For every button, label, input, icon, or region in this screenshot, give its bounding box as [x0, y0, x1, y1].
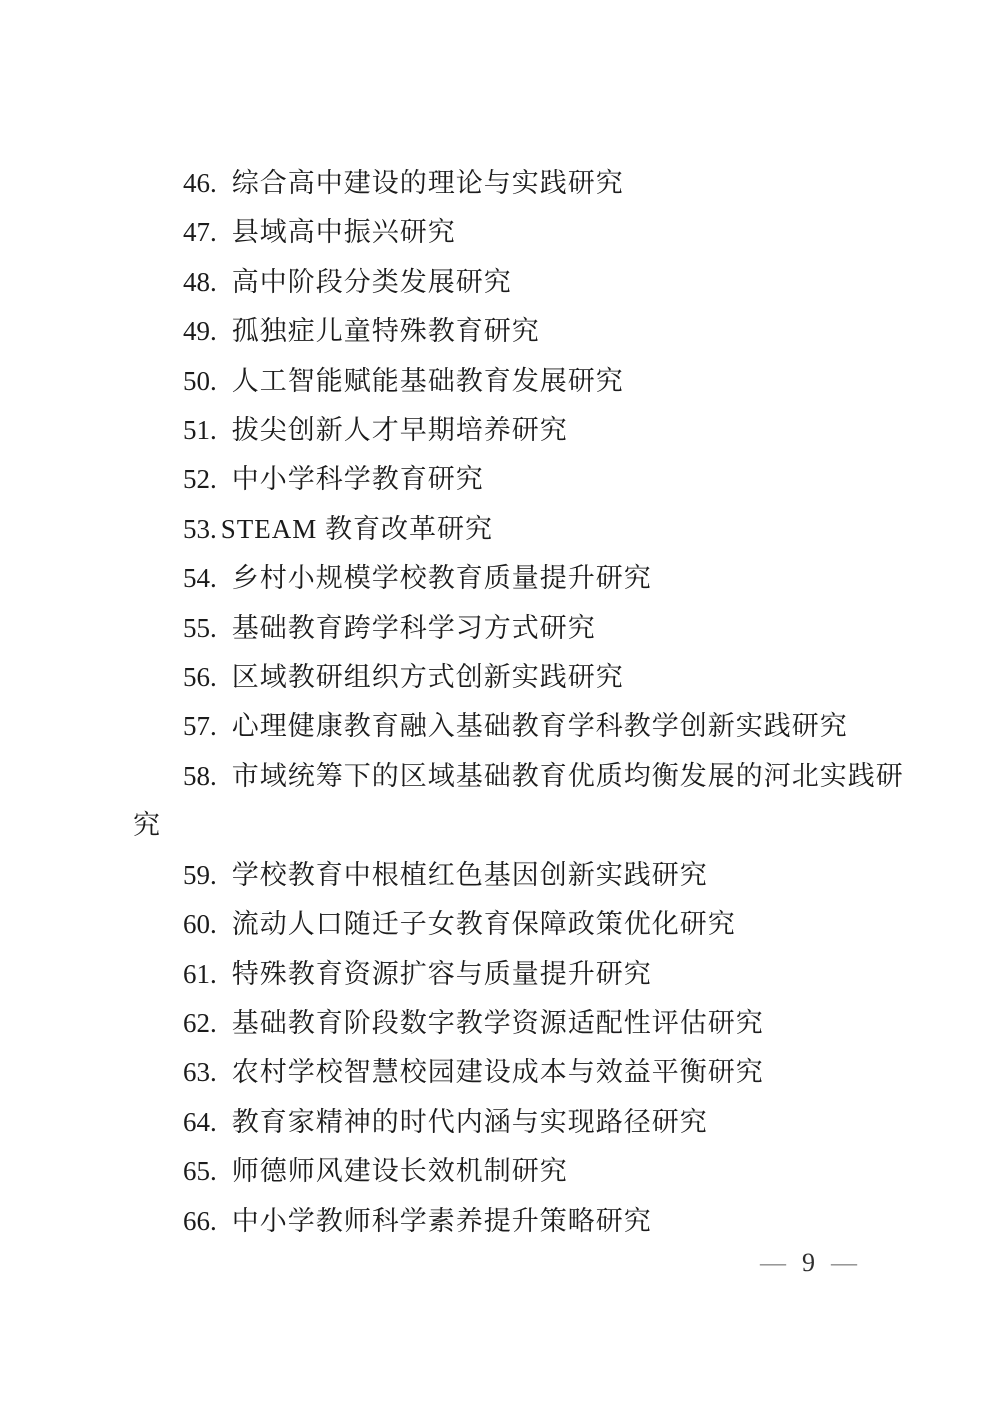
- list-item-continuation: 究: [133, 801, 923, 850]
- list-item: 52.中小学科学教育研究: [133, 455, 923, 504]
- list-item: 46.综合高中建设的理论与实践研究: [133, 159, 923, 208]
- item-text: 教育家精神的时代内涵与实现路径研究: [232, 1107, 708, 1137]
- item-number: 63.: [183, 1057, 217, 1087]
- item-number: 50.: [183, 366, 217, 396]
- item-text: 乡村小规模学校教育质量提升研究: [232, 563, 652, 593]
- item-number: 47.: [183, 217, 217, 247]
- list-item: 66.中小学教师科学素养提升策略研究: [133, 1197, 923, 1246]
- item-text: 县域高中振兴研究: [232, 217, 456, 247]
- list-item: 54.乡村小规模学校教育质量提升研究: [133, 554, 923, 603]
- item-text: 高中阶段分类发展研究: [232, 267, 512, 297]
- item-text: 师德师风建设长效机制研究: [232, 1156, 568, 1186]
- page-number-dash-right: —: [831, 1250, 857, 1276]
- item-text: STEAM 教育改革研究: [221, 514, 493, 544]
- item-text: 流动人口随迁子女教育保障政策优化研究: [232, 909, 736, 939]
- list-item: 53.STEAM 教育改革研究: [133, 505, 923, 554]
- item-text: 人工智能赋能基础教育发展研究: [232, 366, 624, 396]
- item-text: 心理健康教育融入基础教育学科教学创新实践研究: [232, 711, 848, 741]
- item-number: 54.: [183, 563, 217, 593]
- list-item: 64.教育家精神的时代内涵与实现路径研究: [133, 1098, 923, 1147]
- document-page: 46.综合高中建设的理论与实践研究47.县域高中振兴研究48.高中阶段分类发展研…: [0, 0, 1000, 1414]
- item-number: 60.: [183, 909, 217, 939]
- item-number: 46.: [183, 168, 217, 198]
- item-text: 基础教育阶段数字教学资源适配性评估研究: [232, 1008, 764, 1038]
- item-number: 55.: [183, 613, 217, 643]
- item-number: 48.: [183, 267, 217, 297]
- item-number: 57.: [183, 711, 217, 741]
- list-item: 50.人工智能赋能基础教育发展研究: [133, 357, 923, 406]
- list-item: 60.流动人口随迁子女教育保障政策优化研究: [133, 900, 923, 949]
- research-topic-list: 46.综合高中建设的理论与实践研究47.县域高中振兴研究48.高中阶段分类发展研…: [133, 159, 923, 1246]
- item-number: 59.: [183, 860, 217, 890]
- item-number: 62.: [183, 1008, 217, 1038]
- list-item: 49.孤独症儿童特殊教育研究: [133, 307, 923, 356]
- list-item: 65.师德师风建设长效机制研究: [133, 1147, 923, 1196]
- item-number: 49.: [183, 316, 217, 346]
- list-item: 55.基础教育跨学科学习方式研究: [133, 604, 923, 653]
- item-text: 拔尖创新人才早期培养研究: [232, 415, 568, 445]
- item-text: 市域统筹下的区域基础教育优质均衡发展的河北实践研: [232, 761, 904, 791]
- item-text: 区域教研组织方式创新实践研究: [232, 662, 624, 692]
- page-number: — 9 —: [760, 1247, 857, 1279]
- item-number: 65.: [183, 1156, 217, 1186]
- list-item: 58.市域统筹下的区域基础教育优质均衡发展的河北实践研: [133, 752, 923, 801]
- item-number: 66.: [183, 1206, 217, 1236]
- list-item: 47.县域高中振兴研究: [133, 208, 923, 257]
- item-number: 56.: [183, 662, 217, 692]
- item-number: 51.: [183, 415, 217, 445]
- list-item: 63.农村学校智慧校园建设成本与效益平衡研究: [133, 1048, 923, 1097]
- item-number: 58.: [183, 761, 217, 791]
- page-number-value: 9: [802, 1250, 815, 1276]
- item-text: 中小学教师科学素养提升策略研究: [232, 1206, 652, 1236]
- item-number: 64.: [183, 1107, 217, 1137]
- list-item: 48.高中阶段分类发展研究: [133, 258, 923, 307]
- item-text: 综合高中建设的理论与实践研究: [232, 168, 624, 198]
- item-text: 基础教育跨学科学习方式研究: [232, 613, 596, 643]
- item-text: 学校教育中根植红色基因创新实践研究: [232, 860, 708, 890]
- list-item: 51.拔尖创新人才早期培养研究: [133, 406, 923, 455]
- list-item: 57.心理健康教育融入基础教育学科教学创新实践研究: [133, 702, 923, 751]
- item-number: 52.: [183, 464, 217, 494]
- item-text: 农村学校智慧校园建设成本与效益平衡研究: [232, 1057, 764, 1087]
- item-number: 53.: [183, 514, 217, 544]
- list-item: 59.学校教育中根植红色基因创新实践研究: [133, 851, 923, 900]
- list-item: 61.特殊教育资源扩容与质量提升研究: [133, 950, 923, 999]
- item-text: 特殊教育资源扩容与质量提升研究: [232, 959, 652, 989]
- item-text: 中小学科学教育研究: [232, 464, 484, 494]
- item-text: 孤独症儿童特殊教育研究: [232, 316, 540, 346]
- list-item: 62.基础教育阶段数字教学资源适配性评估研究: [133, 999, 923, 1048]
- list-item: 56.区域教研组织方式创新实践研究: [133, 653, 923, 702]
- item-number: 61.: [183, 959, 217, 989]
- page-number-dash-left: —: [760, 1250, 786, 1276]
